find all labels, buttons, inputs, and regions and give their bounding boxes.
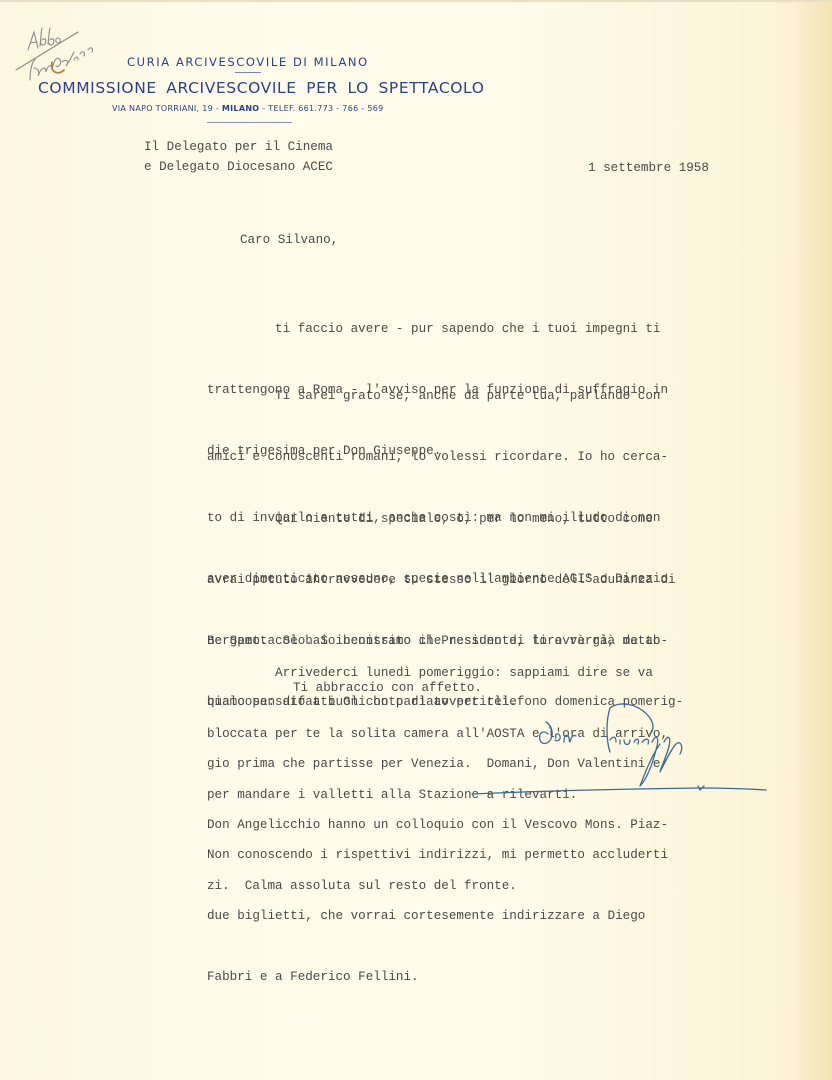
- text-line: Qui niente di speciale, o, per lo meno, …: [207, 509, 683, 529]
- letterhead-divider: [235, 72, 261, 73]
- closing: Ti abbraccio con affetto.: [293, 678, 482, 698]
- paper-edge: [0, 0, 832, 2]
- address-phone: - TELEF. 661.773 - 766 - 569: [259, 104, 383, 113]
- text-line: Fabbri e a Federico Fellini.: [207, 967, 668, 987]
- signature: Don Giuseppe: [460, 690, 790, 810]
- address-city: MILANO: [222, 104, 260, 113]
- text-line: Ti sarei grato se, anche da parte tua, p…: [207, 386, 668, 406]
- text-line: avrai potuto intravvedere tu stesso il g…: [207, 570, 683, 590]
- letter-date: 1 settembre 1958: [588, 158, 709, 178]
- text-line: due biglietti, che vorrai cortesemente i…: [207, 906, 668, 926]
- letter-page: CURIA ARCIVESCOVILE DI MILANO COMMISSION…: [0, 0, 832, 1080]
- text-line: Non conoscendo i rispettivi indirizzi, m…: [207, 845, 668, 865]
- text-line: amici e conoscenti romani, lo volessi ri…: [207, 447, 668, 467]
- handwritten-annotation: [8, 10, 118, 90]
- sender-block: Il Delegato per il Cinemae Delegato Dioc…: [144, 137, 333, 178]
- address-street: VIA NAPO TORRIANI, 19 -: [112, 104, 222, 113]
- letterhead-commission: COMMISSIONE ARCIVESCOVILE PER LO SPETTAC…: [38, 79, 485, 97]
- sender-line-2: e Delegato Diocesano ACEC: [144, 157, 333, 177]
- letterhead-address: VIA NAPO TORRIANI, 19 - MILANO - TELEF. …: [112, 104, 384, 113]
- letterhead-curia: CURIA ARCIVESCOVILE DI MILANO: [127, 55, 369, 69]
- postscript: Non conoscendo i rispettivi indirizzi, m…: [207, 804, 668, 1028]
- letterhead-divider-2: [207, 122, 292, 123]
- salutation: Caro Silvano,: [240, 230, 338, 250]
- text-line: ti faccio avere - pur sapendo che i tuoi…: [207, 319, 668, 339]
- sender-line-1: Il Delegato per il Cinema: [144, 137, 333, 157]
